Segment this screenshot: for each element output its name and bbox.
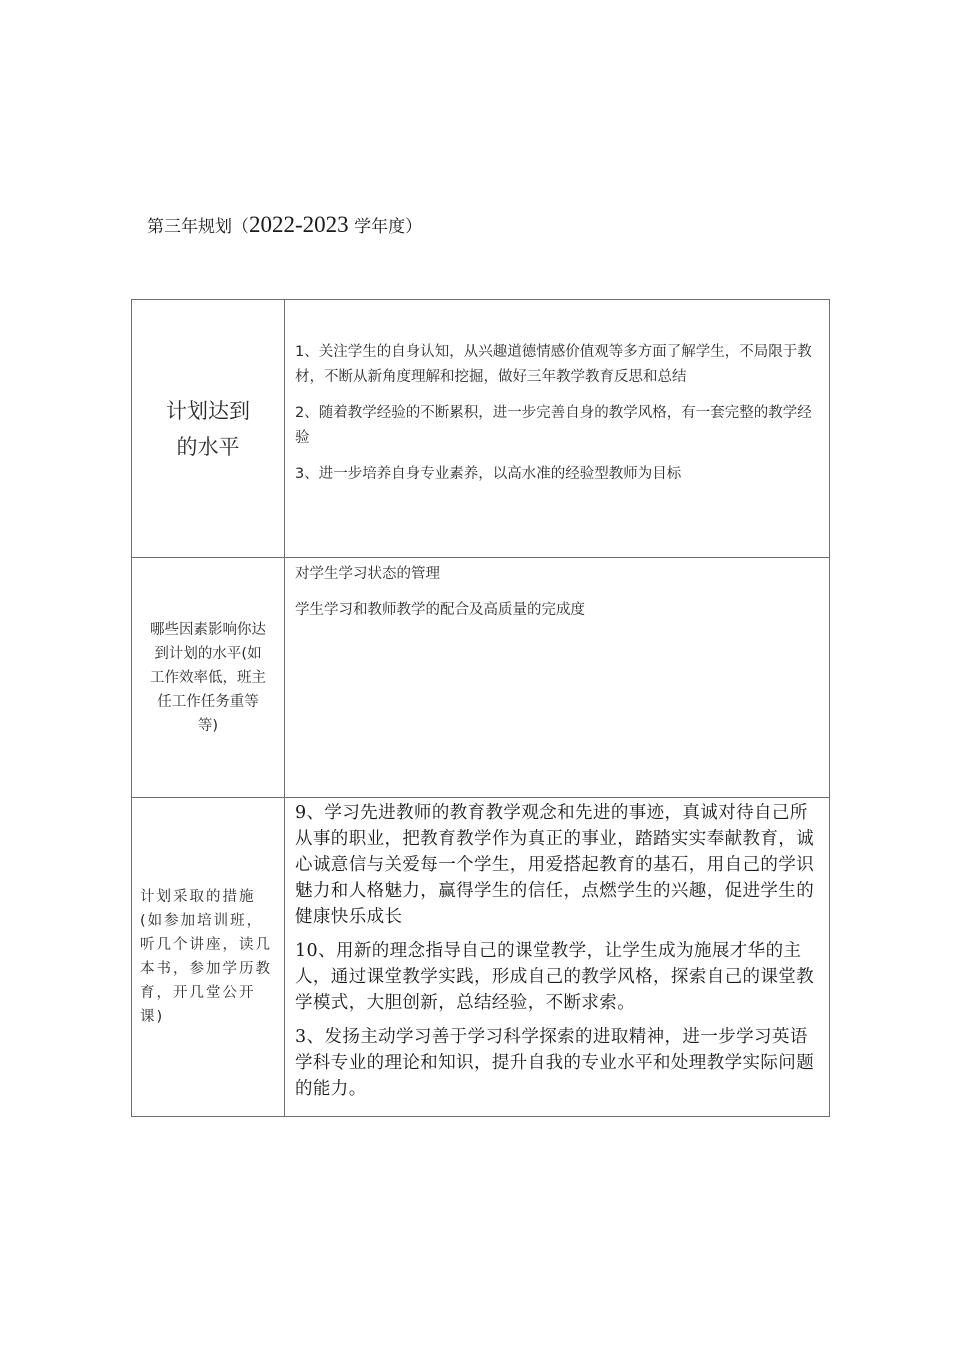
label-line: 本书，参加学历教 bbox=[132, 957, 284, 981]
content-cell-target-level: 1、关注学生的自身认知，从兴趣道德情感价值观等多方面了解学生，不局限于教材，不断… bbox=[285, 300, 830, 558]
plan-table: 计划达到 的水平 1、关注学生的自身认知，从兴趣道德情感价值观等多方面了解学生，… bbox=[131, 299, 830, 1117]
content-cell-measures: 9、学习先进教师的教育教学观念和先进的事迹，真诚对待自己所从事的职业，把教育教学… bbox=[285, 798, 830, 1117]
label-line: 课) bbox=[132, 1005, 284, 1029]
label-line: 等) bbox=[132, 714, 284, 738]
label-cell-measures: 计划采取的措施 (如参加培训班， 听几个讲座，读几 本书，参加学历教 育，开几堂… bbox=[132, 798, 285, 1117]
factor-item-1: 对学生学习状态的管理 bbox=[295, 562, 819, 587]
target-item-2: 2、随着教学经验的不断累积，进一步完善自身的教学风格，有一套完整的教学经验 bbox=[295, 401, 819, 451]
label-line: 的水平 bbox=[132, 429, 284, 465]
measure-item-9: 9、学习先进教师的教育教学观念和先进的事迹，真诚对待自己所从事的职业，把教育教学… bbox=[295, 800, 819, 930]
label-line: 工作效率低，班主 bbox=[132, 666, 284, 690]
measure-item-3: 3、发扬主动学习善于学习科学探索的进取精神，进一步学习英语学科专业的理论和知识，… bbox=[295, 1024, 819, 1102]
label-cell-influencing-factors: 哪些因素影响你达 到计划的水平(如 工作效率低，班主 任工作任务重等 等) bbox=[132, 558, 285, 798]
title-suffix: 学年度） bbox=[349, 217, 422, 237]
table-row-target-level: 计划达到 的水平 1、关注学生的自身认知，从兴趣道德情感价值观等多方面了解学生，… bbox=[132, 300, 830, 558]
label-line: 哪些因素影响你达 bbox=[132, 618, 284, 642]
label-line: 计划达到 bbox=[132, 393, 284, 429]
label-line: 计划采取的措施 bbox=[132, 885, 284, 909]
label-line: 任工作任务重等 bbox=[132, 690, 284, 714]
target-item-3: 3、进一步培养自身专业素养，以高水准的经验型教师为目标 bbox=[295, 462, 819, 487]
label-line: (如参加培训班， bbox=[132, 909, 284, 933]
page-title: 第三年规划（2022-2023 学年度） bbox=[147, 211, 422, 241]
label-cell-target-level: 计划达到 的水平 bbox=[132, 300, 285, 558]
label-line: 听几个讲座，读几 bbox=[132, 933, 284, 957]
table-row-influencing-factors: 哪些因素影响你达 到计划的水平(如 工作效率低，班主 任工作任务重等 等) 对学… bbox=[132, 558, 830, 798]
target-item-1: 1、关注学生的自身认知，从兴趣道德情感价值观等多方面了解学生，不局限于教材，不断… bbox=[295, 340, 819, 390]
label-line: 育，开几堂公开 bbox=[132, 981, 284, 1005]
factor-item-2: 学生学习和教师教学的配合及高质量的完成度 bbox=[295, 598, 819, 623]
title-prefix: 第三年规划（ bbox=[147, 217, 249, 237]
label-line: 到计划的水平(如 bbox=[132, 642, 284, 666]
table-row-measures: 计划采取的措施 (如参加培训班， 听几个讲座，读几 本书，参加学历教 育，开几堂… bbox=[132, 798, 830, 1117]
content-cell-influencing-factors: 对学生学习状态的管理 学生学习和教师教学的配合及高质量的完成度 bbox=[285, 558, 830, 798]
measure-item-10: 10、用新的理念指导自己的课堂教学，让学生成为施展才华的主人，通过课堂教学实践，… bbox=[295, 938, 819, 1016]
title-years: 2022-2023 bbox=[249, 212, 349, 237]
